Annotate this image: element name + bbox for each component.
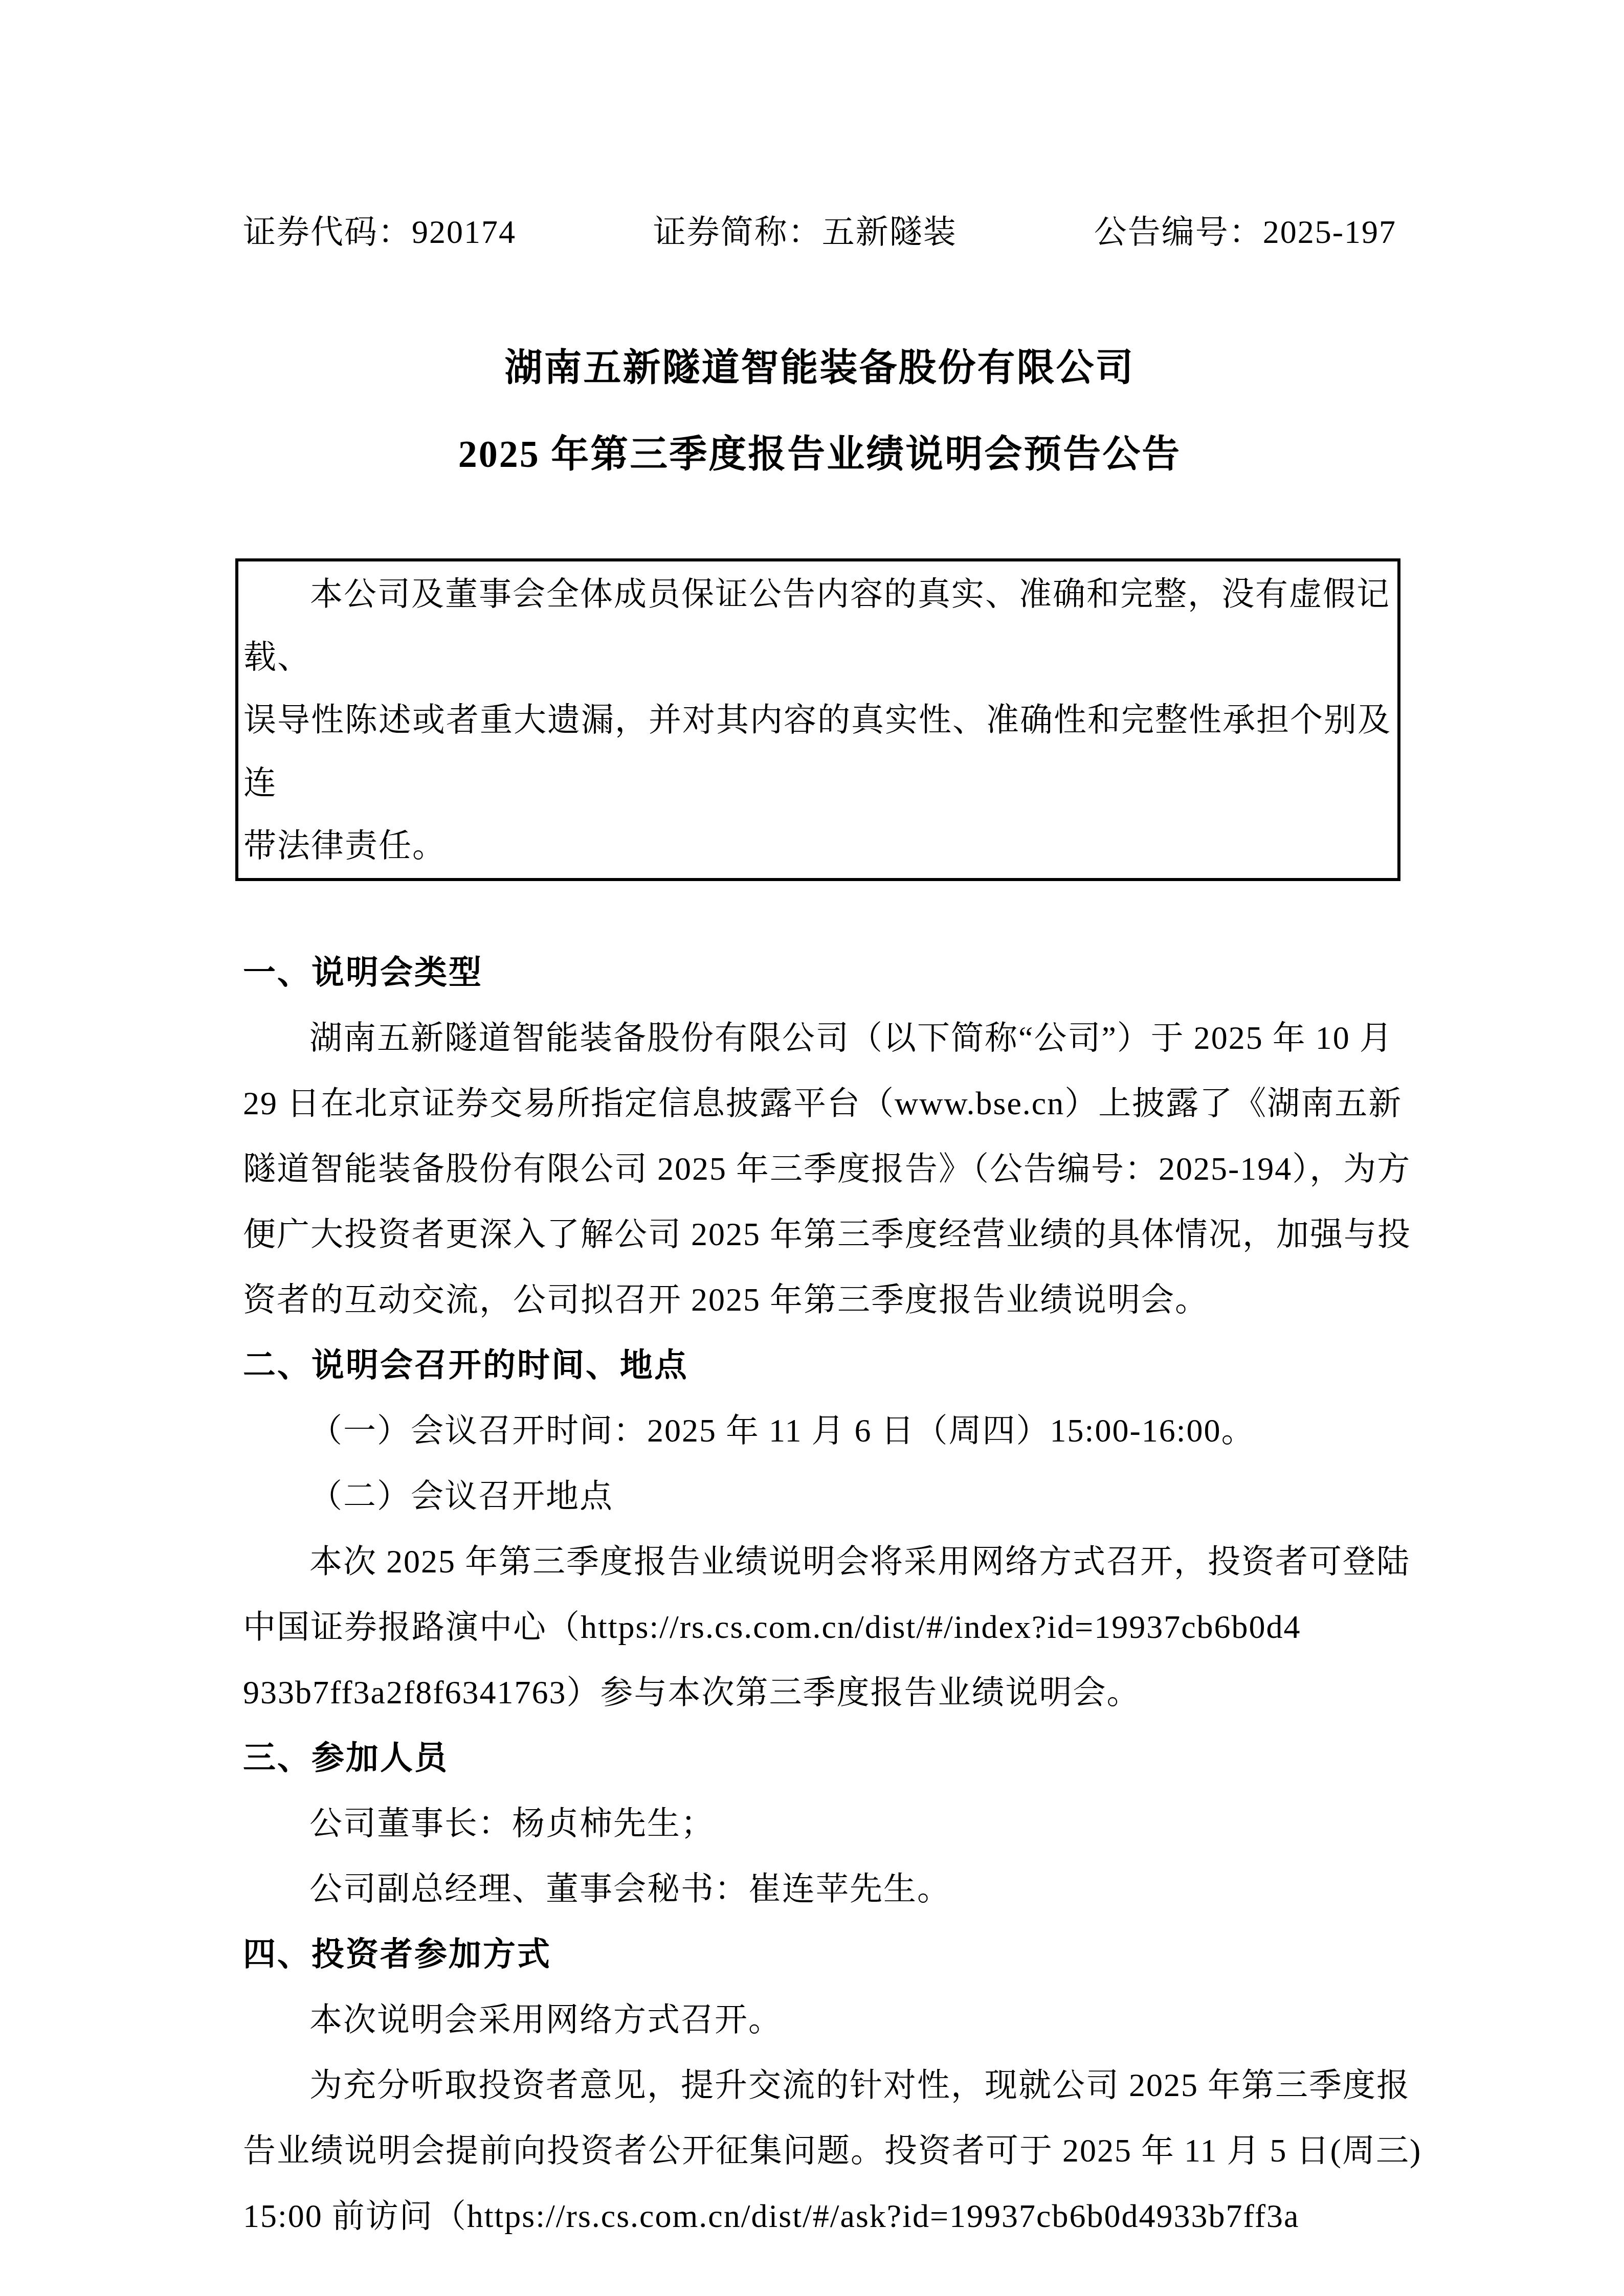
- disclaimer-line: 带法律责任。: [243, 814, 1392, 877]
- announcement-page: 证券代码：920174 证券简称：五新隧装 公告编号：2025-197 湖南五新…: [0, 0, 1624, 2296]
- stock-abbreviation: 证券简称：五新隧装: [653, 214, 957, 250]
- section-heading-4: 四、投资者参加方式: [243, 1922, 1396, 1987]
- document-header: 证券代码：920174 证券简称：五新隧装 公告编号：2025-197: [243, 214, 1396, 250]
- disclaimer-line: 本公司及董事会全体成员保证公告内容的真实、准确和完整，没有虚假记载、: [243, 562, 1392, 688]
- stock-code: 证券代码：920174: [243, 214, 516, 250]
- section-heading-3: 三、参加人员: [243, 1725, 1396, 1791]
- disclaimer-box: 本公司及董事会全体成员保证公告内容的真实、准确和完整，没有虚假记载、 误导性陈述…: [235, 558, 1400, 881]
- roadshow-url-line: 中国证券报路演中心（https://rs.cs.com.cn/dist/#/in…: [243, 1594, 1396, 1660]
- paragraph-line: 为充分听取投资者意见，提升交流的针对性，现就公司 2025 年第三季度报: [243, 2053, 1396, 2118]
- chairman-line: 公司董事长：杨贞柿先生；: [243, 1791, 1396, 1856]
- paragraph-line: 告业绩说明会提前向投资者公开征集问题。投资者可于 2025 年 11 月 5 日…: [243, 2118, 1396, 2184]
- paragraph-line: 湖南五新隧道智能装备股份有限公司（以下简称“公司”）于 2025 年 10 月: [243, 1005, 1396, 1071]
- announcement-subtitle: 2025 年第三季度报告业绩说明会预告公告: [243, 434, 1396, 475]
- meeting-time-line: （一）会议召开时间：2025 年 11 月 6 日（周四）15:00-16:00…: [243, 1398, 1396, 1464]
- paragraph-line: 29 日在北京证券交易所指定信息披露平台（www.bse.cn）上披露了《湖南五…: [243, 1071, 1396, 1136]
- announcement-number: 公告编号：2025-197: [1094, 214, 1396, 250]
- section-heading-1: 一、说明会类型: [243, 940, 1396, 1005]
- paragraph-line: 便广大投资者更深入了解公司 2025 年第三季度经营业绩的具体情况，加强与投: [243, 1202, 1396, 1267]
- paragraph-line: 本次 2025 年第三季度报告业绩说明会将采用网络方式召开，投资者可登陆: [243, 1529, 1396, 1594]
- company-title: 湖南五新隧道智能装备股份有限公司: [243, 348, 1396, 389]
- disclaimer-line: 误导性陈述或者重大遗漏，并对其内容的真实性、准确性和完整性承担个别及连: [243, 688, 1392, 814]
- paragraph-line: 资者的互动交流，公司拟召开 2025 年第三季度报告业绩说明会。: [243, 1267, 1396, 1333]
- secretary-line: 公司副总经理、董事会秘书：崔连苹先生。: [243, 1856, 1396, 1922]
- paragraph-line: 933b7ff3a2f8f6341763）参与本次第三季度报告业绩说明会。: [243, 1660, 1396, 1725]
- paragraph-line: 隧道智能装备股份有限公司 2025 年三季度报告》（公告编号：2025-194）…: [243, 1136, 1396, 1202]
- paragraph-line: 本次说明会采用网络方式召开。: [243, 1987, 1396, 2053]
- ask-url-line: 15:00 前访问（https://rs.cs.com.cn/dist/#/as…: [243, 2184, 1396, 2249]
- meeting-place-line: （二）会议召开地点: [243, 1464, 1396, 1529]
- section-heading-2: 二、说明会召开的时间、地点: [243, 1333, 1396, 1398]
